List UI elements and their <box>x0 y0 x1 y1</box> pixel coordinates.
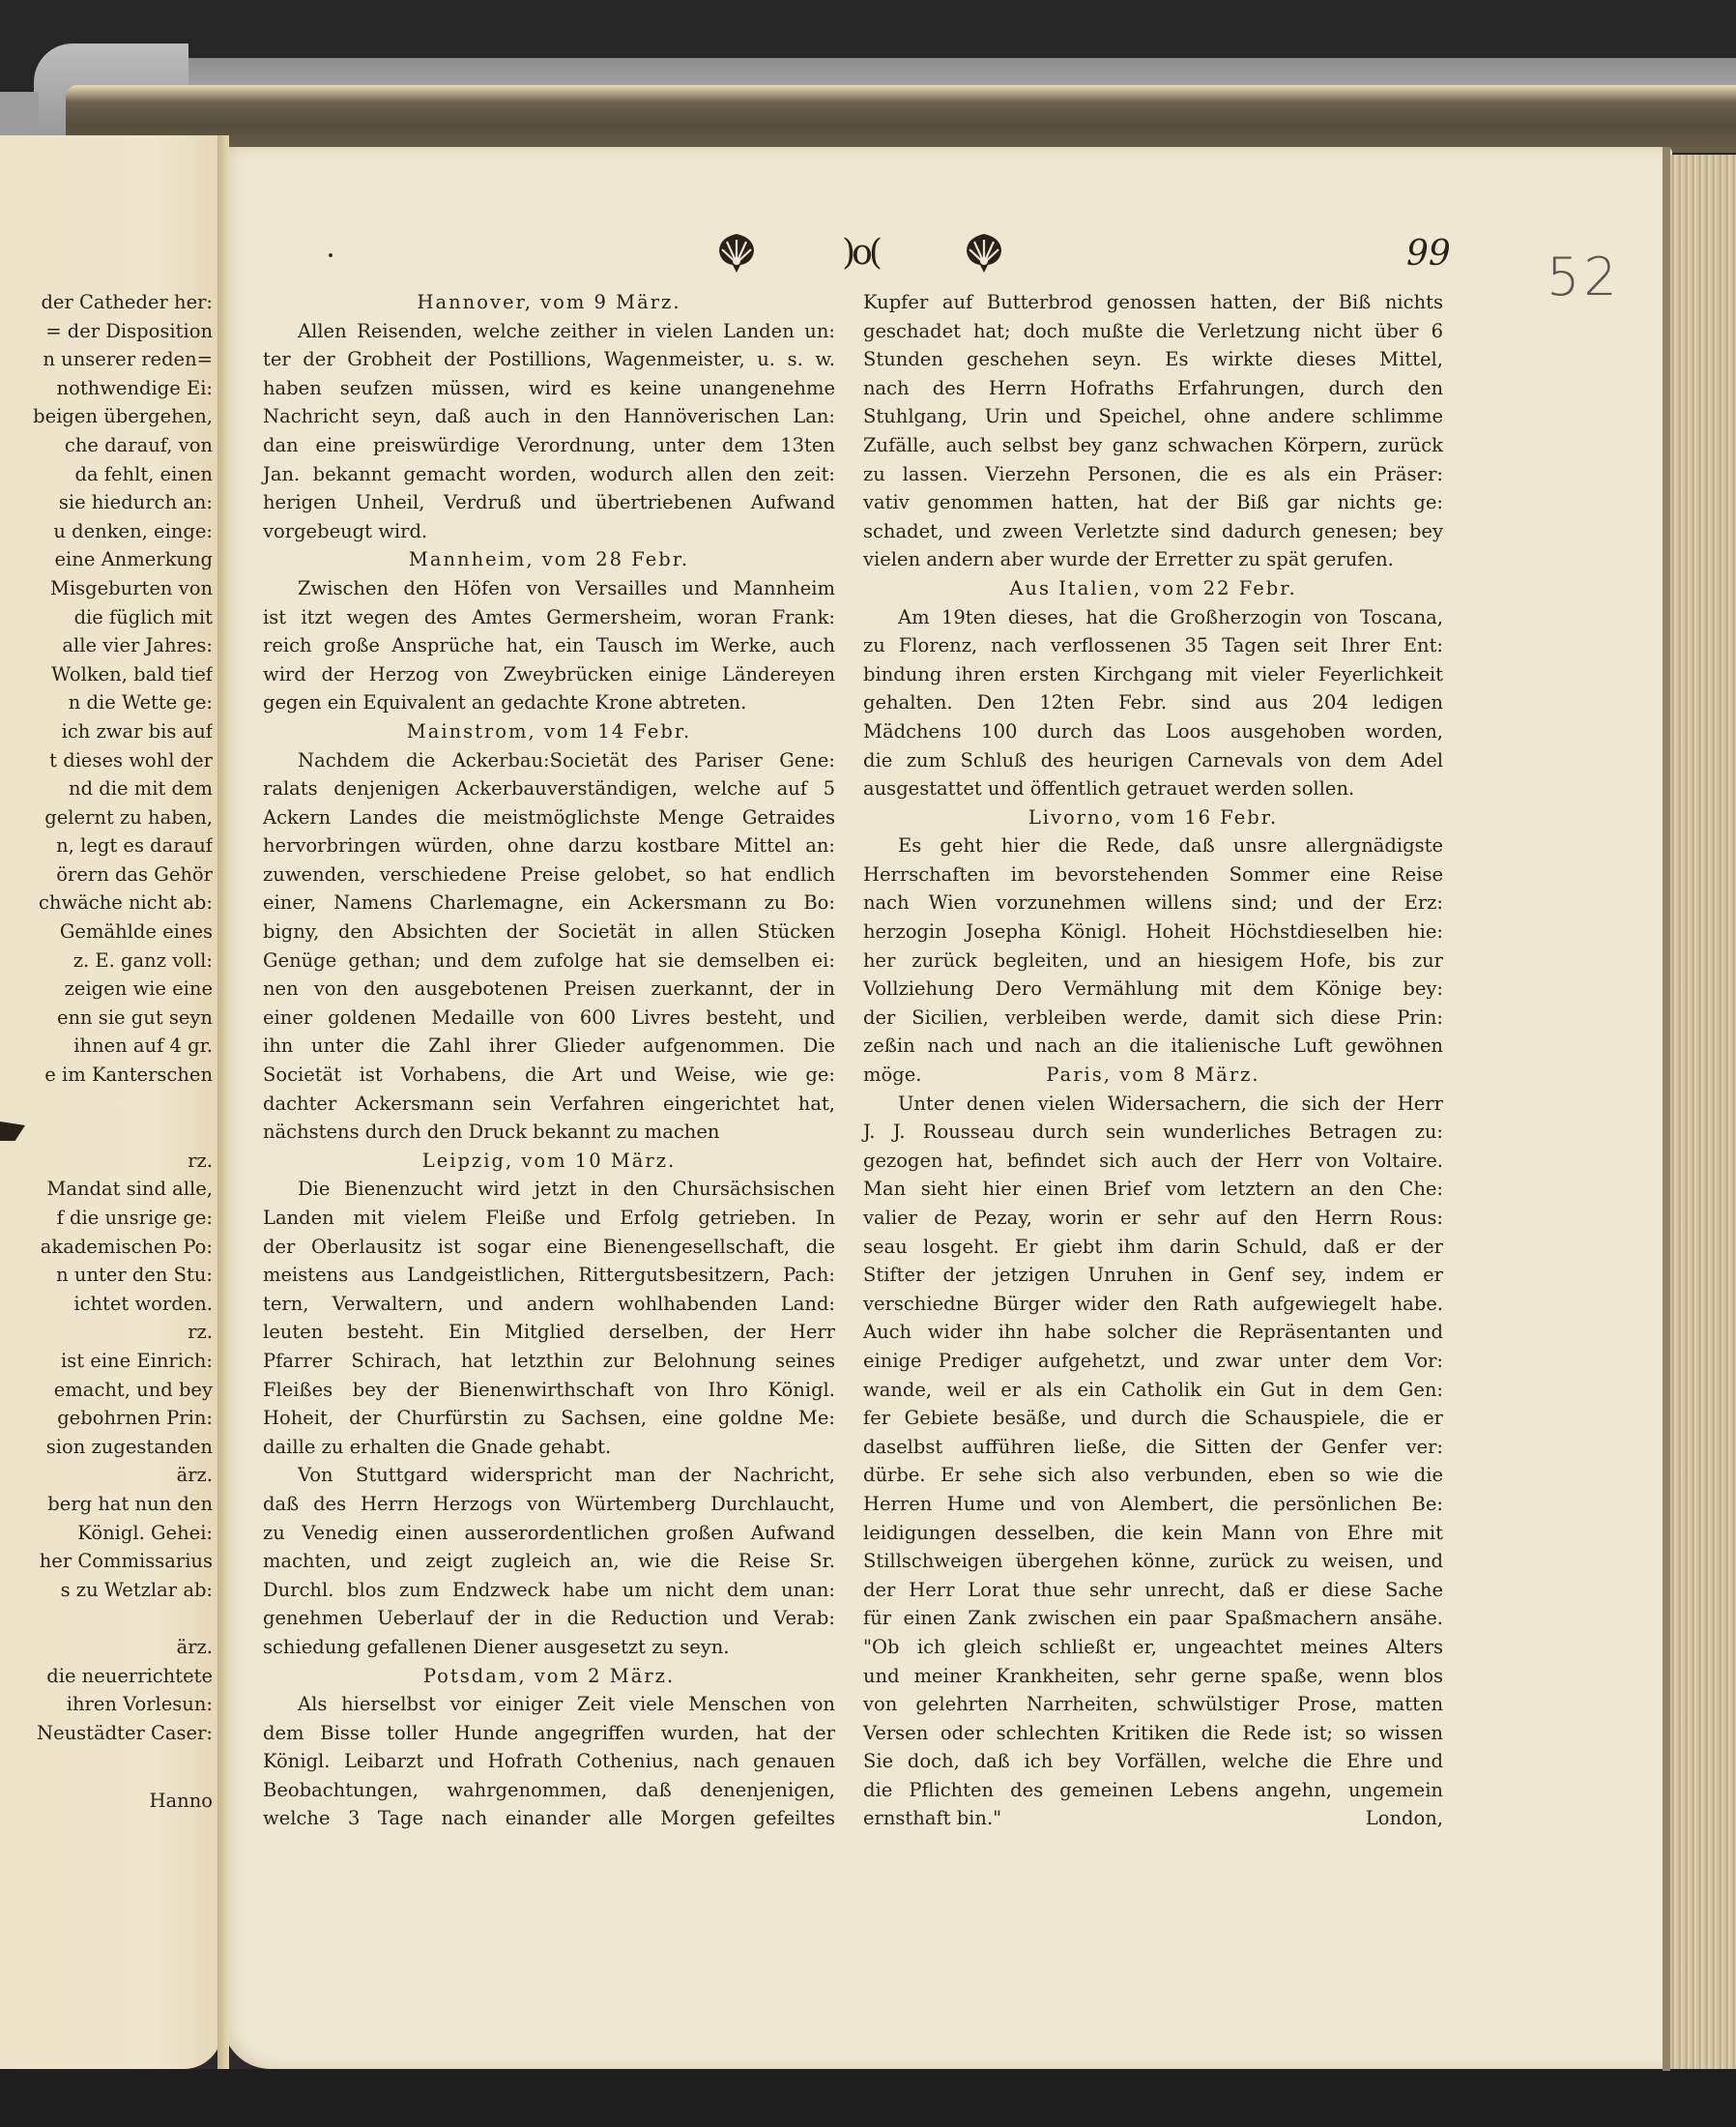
page-gutter <box>217 135 229 2069</box>
text-line: ter der Grobheit der Postillions, Wagenm… <box>263 345 835 374</box>
text-line: Pfarrer Schirach, hat letzthin zur Beloh… <box>263 1347 835 1376</box>
text-line: nothwendige Ei: <box>0 374 213 403</box>
text-line: rz. <box>0 1318 213 1347</box>
text-line: geschadet hat; doch mußte die Verletzung… <box>863 317 1443 346</box>
left-page-text: der Catheder her:= der Dispositionn unse… <box>0 288 213 1747</box>
text-line: zeigen wie eine <box>0 975 213 1004</box>
text-line: valier de Pezay, worin er sehr auf den H… <box>863 1204 1443 1233</box>
text-line: Versen oder schlechten Kritiken die Rede… <box>863 1719 1443 1748</box>
text-line: Beobachtungen, wahrgenommen, daß denenje… <box>263 1776 835 1805</box>
text-line: sie hiedurch an: <box>0 488 213 517</box>
text-line: ausgestattet und öffentlich getrauet wer… <box>863 774 1443 803</box>
text-line: die neuerrichtete <box>0 1662 213 1691</box>
text-line: verschiedne Bürger wider den Rath aufgew… <box>863 1290 1443 1319</box>
text-line: zuwenden, verschiedene Preise gelobet, s… <box>263 860 835 889</box>
text-line: nach des Herrn Hofraths Erfahrungen, dur… <box>863 374 1443 403</box>
text-line: Kupfer auf Butterbrod genossen hatten, d… <box>863 288 1443 317</box>
text-line: nd die mit dem <box>0 774 213 803</box>
book-scan: der Catheder her:= der Dispositionn unse… <box>0 0 1736 2127</box>
text-line: f die unsrige ge: <box>0 1204 213 1233</box>
text-line: Königl. Gehei: <box>0 1519 213 1548</box>
text-line: Hoheit, der Churfürstin zu Sachsen, eine… <box>263 1404 835 1433</box>
text-line: Allen Reisenden, welche zeither in viele… <box>263 317 835 346</box>
text-line: zu Florenz, nach verflossenen 35 Tagen s… <box>863 631 1443 660</box>
text-line: daille zu erhalten die Gnade gehabt. <box>263 1433 835 1462</box>
text-line: = der Disposition <box>0 317 213 346</box>
text-line: der Catheder her: <box>0 288 213 317</box>
text-line: wird der Herzog von Zweybrücken einige L… <box>263 660 835 689</box>
text-line: vielen andern aber wurde der Erretter zu… <box>863 545 1443 574</box>
text-line: Fleißes bey der Bienenwirthschaft von Ih… <box>263 1376 835 1405</box>
text-line: Societät ist Vorhabens, die Art und Weis… <box>263 1061 835 1090</box>
text-line: der Herr Lorat thue sehr unrecht, daß er… <box>863 1576 1443 1605</box>
text-line: nen von den ausgebotenen Preisen zuerkan… <box>263 975 835 1004</box>
text-line: Als hierselbst vor einiger Zeit viele Me… <box>263 1690 835 1719</box>
text-line: da fehlt, einen <box>0 460 213 489</box>
text-line: seau losgeht. Er giebt ihm darin Schuld,… <box>863 1233 1443 1262</box>
text-line: n die Wette ge: <box>0 688 213 717</box>
text-line: Genüge gethan; und dem zufolge hat sie d… <box>263 947 835 976</box>
text-line: für einen Zank zwischen ein paar Spaßmac… <box>863 1604 1443 1633</box>
text-line: ist eine Einrich: <box>0 1347 213 1376</box>
text-line: beigen übergehen, <box>0 402 213 431</box>
text-line: örern das Gehör <box>0 860 213 889</box>
text-line: gebohrnen Prin: <box>0 1404 213 1433</box>
article-dateline: Hannover, vom 9 März. <box>263 288 835 317</box>
text-line: ärz. <box>0 1461 213 1490</box>
text-line: reich große Ansprüche hat, ein Tausch im… <box>263 631 835 660</box>
text-line: einer, Namens Charlemagne, ein Ackersman… <box>263 889 835 918</box>
text-line: ralats denjenigen Ackerbauverständigen, … <box>263 774 835 803</box>
text-line <box>0 1090 213 1119</box>
text-line: Nachdem die Ackerbau:Societät des Parise… <box>263 746 835 775</box>
text-line: her zurück begleiten, und an hiesigem Ho… <box>863 947 1443 976</box>
text-line: herigen Unheil, Verdruß und übertriebene… <box>263 488 835 517</box>
left-catchword: Hanno <box>106 1787 213 1816</box>
text-line: machten, und zeigt zugleich an, wie die … <box>263 1547 835 1576</box>
shell-ornament-icon <box>715 230 758 275</box>
text-line: Nachricht seyn, daß auch in den Hannöver… <box>263 402 835 431</box>
article-dateline: Livorno, vom 16 Febr. <box>863 803 1443 832</box>
text-line: nach Wien vorzunehmen willens sind; und … <box>863 889 1443 918</box>
text-line: enn sie gut seyn <box>0 1004 213 1033</box>
catchword: London, <box>1366 1804 1443 1833</box>
column-right: Kupfer auf Butterbrod genossen hatten, d… <box>863 288 1443 1833</box>
text-line: tern, Verwaltern, und andern wohlhabende… <box>263 1290 835 1319</box>
text-line: Zwischen den Höfen von Versailles und Ma… <box>263 574 835 603</box>
text-line: Vollziehung Dero Vermählung mit dem Köni… <box>863 975 1443 1004</box>
text-line: Misgeburten von <box>0 574 213 603</box>
text-line: u denken, einge: <box>0 517 213 546</box>
text-line: hervorbringen würden, ohne darzu kostbar… <box>263 831 835 860</box>
page-number: 99 <box>1406 234 1451 274</box>
text-line <box>0 1118 213 1147</box>
text-line: Herrschaften im bevorstehenden Sommer ei… <box>863 860 1443 889</box>
text-line: welche 3 Tage nach einander alle Morgen … <box>263 1804 835 1833</box>
text-line: Ackern Landes die meistmöglichste Menge … <box>263 803 835 832</box>
text-line: einer goldenen Medaille von 600 Livres b… <box>263 1004 835 1033</box>
text-line: bindung ihren ersten Kirchgang mit viele… <box>863 660 1443 689</box>
text-line: daselbst aufführen ließe, die Sitten der… <box>863 1433 1443 1462</box>
text-line: die füglich mit <box>0 603 213 632</box>
text-line: "Ob ich gleich schließt er, ungeachtet m… <box>863 1633 1443 1662</box>
text-line: Durchl. blos zum Endzweck habe um nicht … <box>263 1576 835 1605</box>
text-line: ärz. <box>0 1633 213 1662</box>
article-dateline: Aus Italien, vom 22 Febr. <box>863 574 1443 603</box>
article-dateline: Mannheim, vom 28 Febr. <box>263 545 835 574</box>
text-line: ihren Vorlesun: <box>0 1690 213 1719</box>
text-line: t dieses wohl der <box>0 746 213 775</box>
text-line <box>0 1604 213 1633</box>
text-line: che darauf, von <box>0 431 213 460</box>
shell-ornament-icon <box>963 230 1005 275</box>
text-line: eine Anmerkung <box>0 545 213 574</box>
text-line: J. J. Rousseau durch sein wunderliches B… <box>863 1118 1443 1147</box>
text-line: gelernt zu haben, <box>0 803 213 832</box>
text-line: ihnen auf 4 gr. <box>0 1032 213 1061</box>
text-line: dachter Ackersmann sein Verfahren einger… <box>263 1090 835 1119</box>
text-line: chwäche nicht ab: <box>0 889 213 918</box>
text-line: s zu Wetzlar ab: <box>0 1576 213 1605</box>
text-line: gezogen hat, befindet sich auch der Herr… <box>863 1147 1443 1176</box>
text-line: emacht, und bey <box>0 1376 213 1405</box>
text-line: dem Bisse toller Hunde angegriffen wurde… <box>263 1719 835 1748</box>
text-line: ernsthaft bin." <box>863 1804 1001 1833</box>
text-line: Mandat sind alle, <box>0 1175 213 1204</box>
text-line: Stuhlgang, Urin und Speichel, ohne ander… <box>863 402 1443 431</box>
text-line: zeßin nach und nach an die italienische … <box>863 1032 1443 1061</box>
text-line: Jan. bekannt gemacht worden, wodurch all… <box>263 460 835 489</box>
text-line: schadet, und zween Verletzte sind dadurc… <box>863 517 1443 546</box>
text-line: z. E. ganz voll: <box>0 947 213 976</box>
text-line: n unserer reden= <box>0 345 213 374</box>
text-line: Die Bienenzucht wird jetzt in den Chursä… <box>263 1175 835 1204</box>
text-line: Stunden geschehen seyn. Es wirkte dieses… <box>863 345 1443 374</box>
text-line: leuten besteht. Ein Mitglied derselben, … <box>263 1318 835 1347</box>
spine-cloth <box>0 92 39 135</box>
article-dateline: Leipzig, vom 10 März. <box>263 1147 835 1176</box>
pencil-sheet-number: 52 <box>1547 247 1621 307</box>
text-line: genehmen Ueberlauf der in die Reduction … <box>263 1604 835 1633</box>
text-line: rz. <box>0 1147 213 1176</box>
text-line: zu Venedig einen ausserordentlichen groß… <box>263 1519 835 1548</box>
text-line: n, legt es darauf <box>0 831 213 860</box>
text-line: Auch wider ihn habe solcher die Repräsen… <box>863 1318 1443 1347</box>
text-line: dan eine preiswürdige Verordnung, unter … <box>263 431 835 460</box>
text-line: ichtet worden. <box>0 1290 213 1319</box>
text-line: n unter den Stu: <box>0 1261 213 1290</box>
text-line: und meiner Krankheiten, sehr gerne spaße… <box>863 1662 1443 1691</box>
final-row: ernsthaft bin."London, <box>863 1804 1443 1833</box>
text-line: akademischen Po: <box>0 1233 213 1262</box>
text-line: vorgebeugt wird. <box>263 517 835 546</box>
text-line: die Pflichten des gemeinen Lebens angehn… <box>863 1776 1443 1805</box>
text-line: e im Kanterschen <box>0 1061 213 1090</box>
scanner-background-bottom <box>0 2069 1736 2127</box>
text-line: schiedung gefallenen Diener ausgesetzt z… <box>263 1633 835 1662</box>
text-line: gehalten. Den 12ten Febr. sind aus 204 l… <box>863 688 1443 717</box>
text-line: ihn unter die Zahl ihrer Glieder aufgeno… <box>263 1032 835 1061</box>
article-dateline: Mainstrom, vom 14 Febr. <box>263 717 835 746</box>
text-line: nächstens durch den Druck bekannt zu mac… <box>263 1118 835 1147</box>
text-line: die zum Schluß des heurigen Carnevals vo… <box>863 746 1443 775</box>
text-line: ich zwar bis auf <box>0 717 213 746</box>
text-line: ist itzt wegen des Amtes Germersheim, wo… <box>263 603 835 632</box>
text-line: Zufälle, auch selbst bey ganz schwachen … <box>863 431 1443 460</box>
text-line: von gelehrten Narrheiten, schwülstiger P… <box>863 1690 1443 1719</box>
text-line: der Sicilien, verbleiben werde, damit si… <box>863 1004 1443 1033</box>
header-ornaments: )o( <box>715 228 1005 277</box>
text-line: Unter denen vielen Widersachern, die sic… <box>863 1090 1443 1119</box>
text-line: Stillschweigen übergehen könne, zurück z… <box>863 1547 1443 1576</box>
text-line: Stifter der jetzigen Unruhen in Genf sey… <box>863 1261 1443 1290</box>
text-line: vativ genommen hatten, hat der Biß gar n… <box>863 488 1443 517</box>
text-line: einige Prediger aufgehetzt, und zwar unt… <box>863 1347 1443 1376</box>
text-line: herzogin Josepha Königl. Hoheit Höchstdi… <box>863 918 1443 947</box>
text-line: bigny, den Absichten der Societät in all… <box>263 918 835 947</box>
text-line: Wolken, bald tief <box>0 660 213 689</box>
ink-speck <box>329 253 333 257</box>
text-line: leidigungen desselben, die kein Mann von… <box>863 1519 1443 1548</box>
text-line: Neustädter Caser: <box>0 1719 213 1748</box>
text-line: Landen mit vielem Fleiße und Erfolg getr… <box>263 1204 835 1233</box>
column-left: Hannover, vom 9 März.Allen Reisenden, we… <box>263 288 835 1833</box>
text-line: Königl. Leibarzt und Hofrath Cothenius, … <box>263 1747 835 1776</box>
article-dateline: Paris, vom 8 März. <box>863 1061 1443 1090</box>
text-line: sion zugestanden <box>0 1433 213 1462</box>
page-block-top-edge <box>66 85 1736 153</box>
text-line: Herren Hume und von Alembert, die persön… <box>863 1490 1443 1519</box>
text-line: daß des Herrn Herzogs von Würtemberg Dur… <box>263 1490 835 1519</box>
text-line: Man sieht hier einen Brief vom letztern … <box>863 1175 1443 1204</box>
text-line: Gemählde eines <box>0 918 213 947</box>
text-line: Mädchens 100 durch das Loos ausgehoben w… <box>863 717 1443 746</box>
text-line: berg hat nun den <box>0 1490 213 1519</box>
text-line: Sie doch, daß ich bey Vorfällen, welche … <box>863 1747 1443 1776</box>
text-line: zu lassen. Vierzehn Personen, die es als… <box>863 460 1443 489</box>
text-line: dürbe. Er sehe sich also verbunden, eben… <box>863 1461 1443 1490</box>
heading-row: möge.Paris, vom 8 März. <box>863 1061 1443 1090</box>
text-line: der Oberlausitz ist sogar eine Bienenges… <box>263 1233 835 1262</box>
right-page-fore-edge <box>1670 155 1736 2069</box>
text-line: haben seufzen müssen, wird es keine unan… <box>263 374 835 403</box>
center-ornament: )o( <box>842 233 879 273</box>
text-line: Von Stuttgard widerspricht man der Nachr… <box>263 1461 835 1490</box>
text-line: Am 19ten dieses, hat die Großherzogin vo… <box>863 603 1443 632</box>
text-line: Es geht hier die Rede, daß unsre allergn… <box>863 831 1443 860</box>
text-line: meistens aus Landgeistlichen, Ritterguts… <box>263 1261 835 1290</box>
text-line: her Commissarius <box>0 1547 213 1576</box>
right-page-border <box>1663 147 1670 2071</box>
text-line: gegen ein Equivalent an gedachte Krone a… <box>263 688 835 717</box>
text-line: wande, weil er als ein Catholik ein Gut … <box>863 1376 1443 1405</box>
article-dateline: Potsdam, vom 2 März. <box>263 1662 835 1691</box>
text-line: alle vier Jahres: <box>0 631 213 660</box>
text-line: fer Gebiete besäße, und durch die Schaus… <box>863 1404 1443 1433</box>
